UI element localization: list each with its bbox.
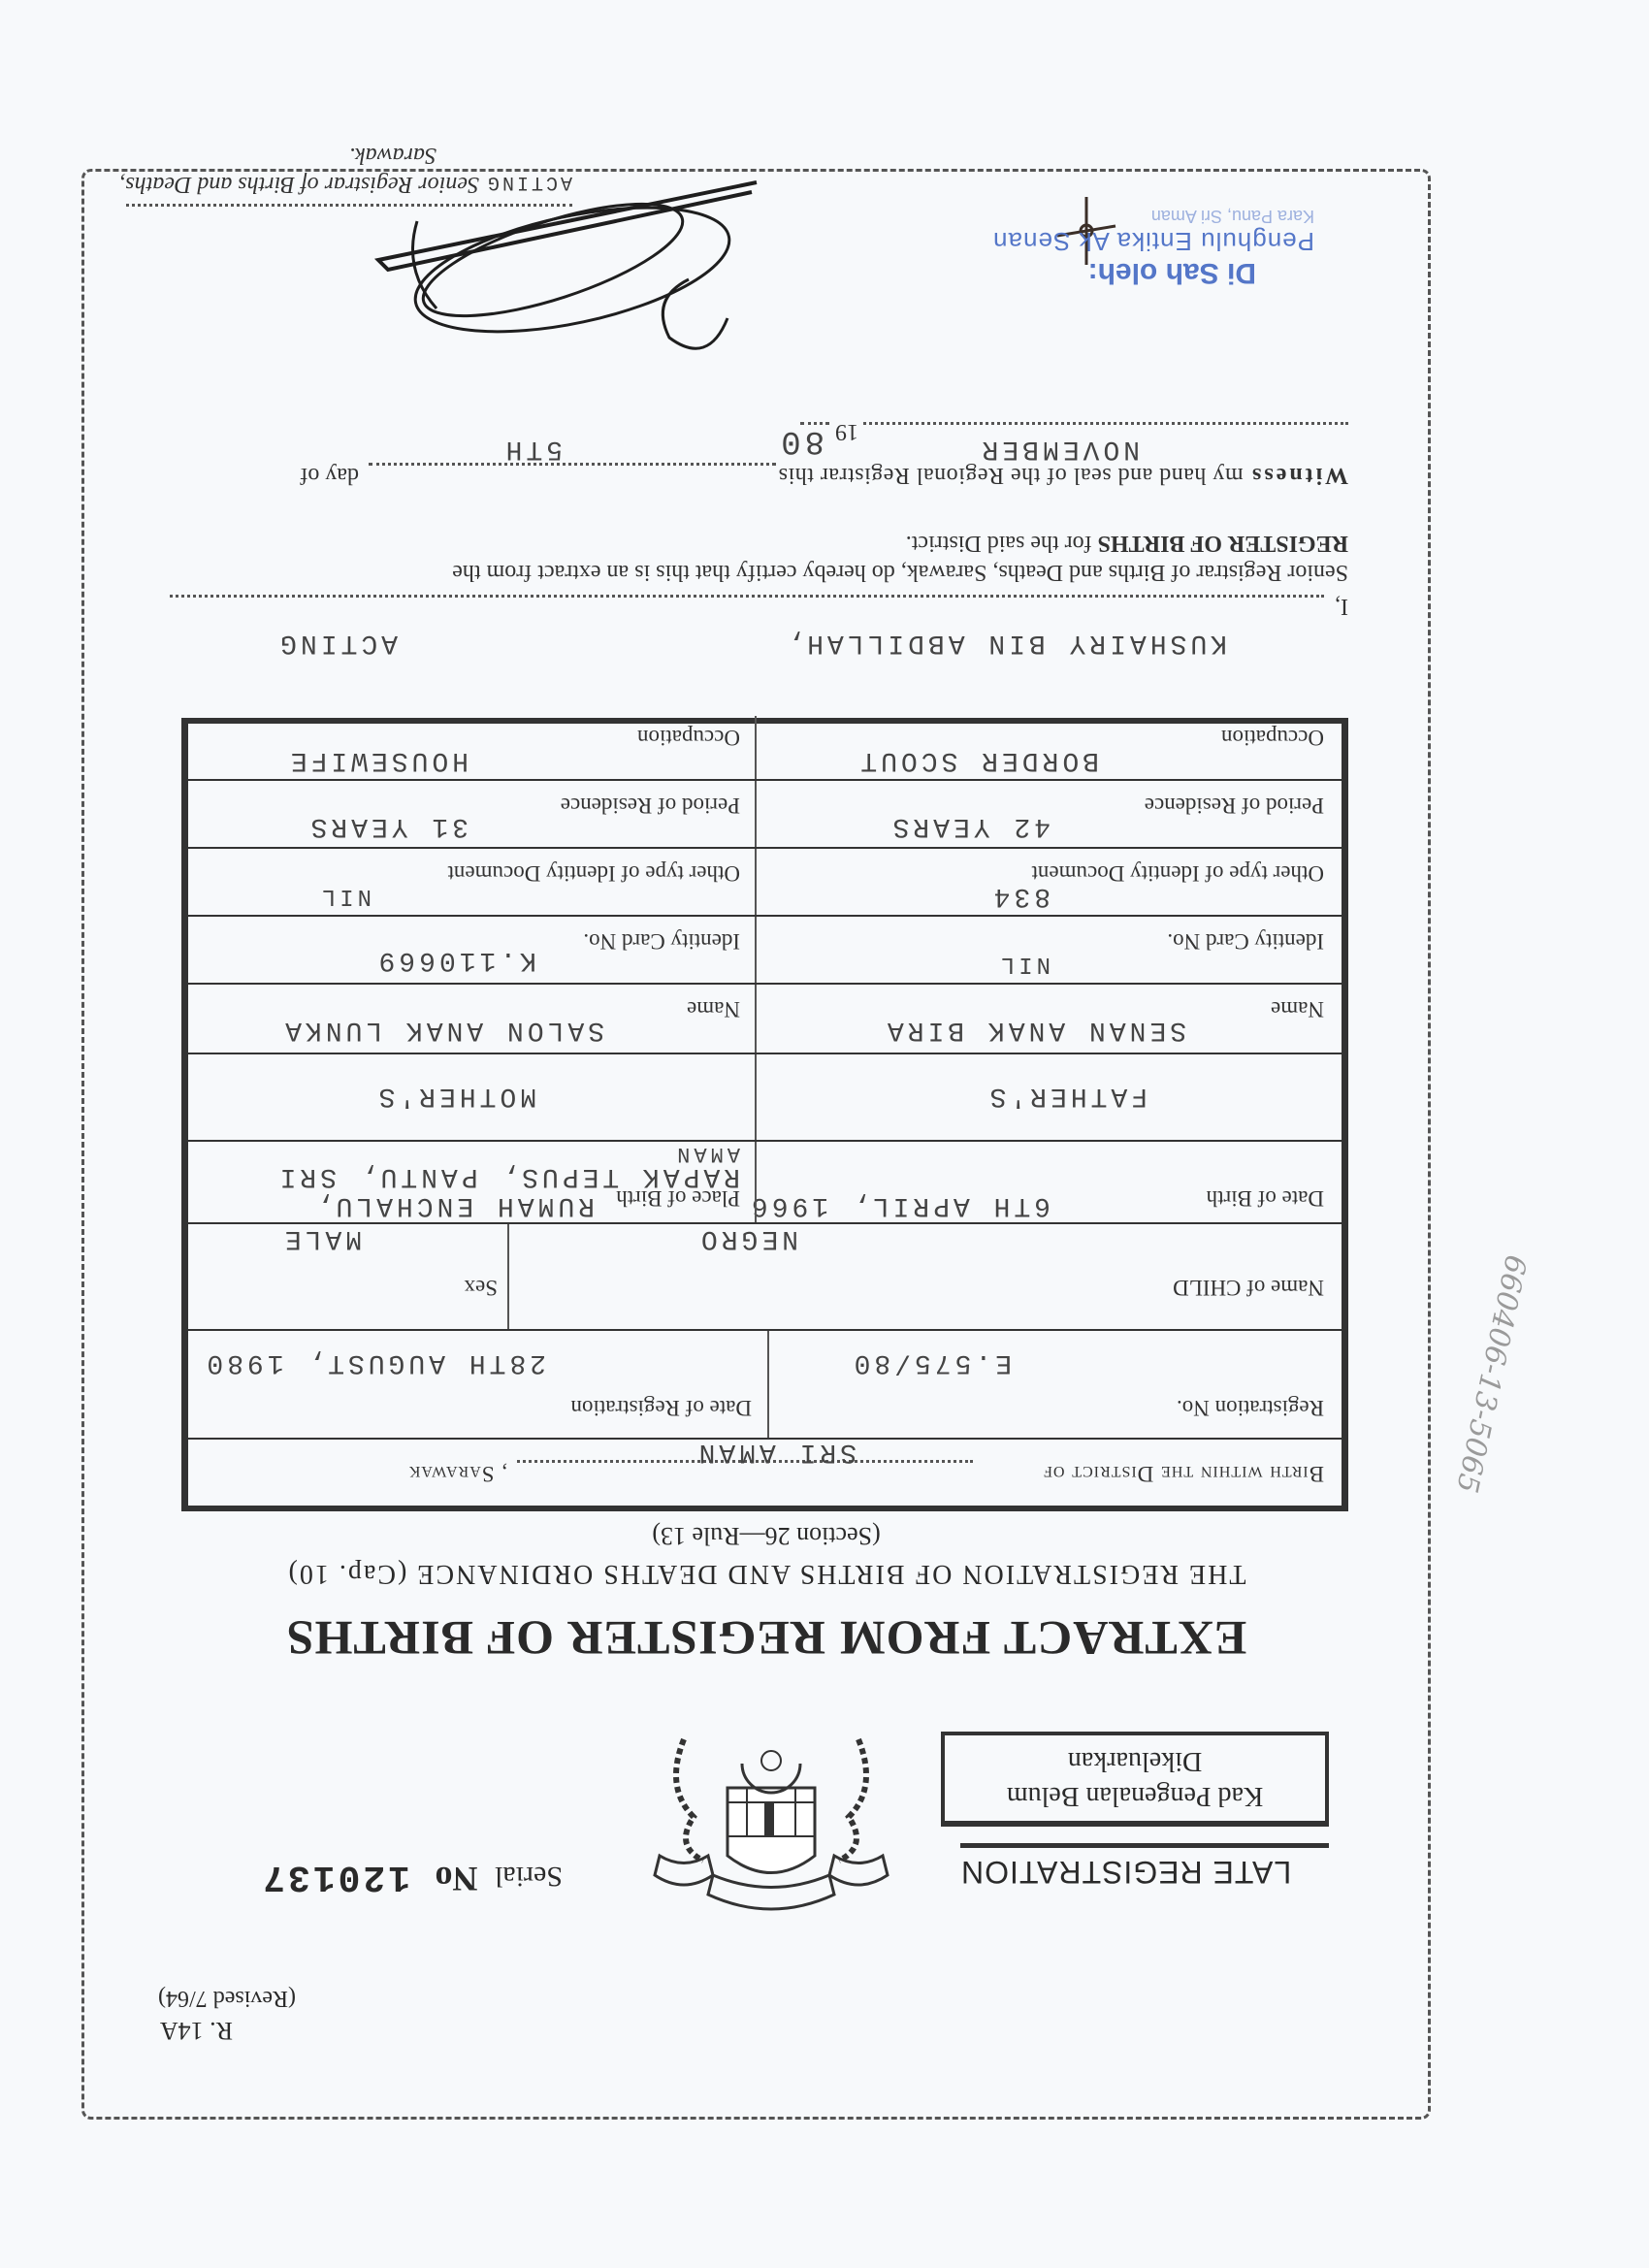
birth-certificate-page: R. 14A (Revised 7/64) LATE REGISTRATION …: [0, 0, 1649, 2268]
mother-name-value: SALON ANAK LUNKA: [281, 1015, 604, 1045]
registrar-name-dotted-line: [170, 595, 1324, 598]
father-residence-label: Period of Residence: [1145, 793, 1324, 818]
place-of-birth-line2: RAPAK TEPUS, PANTU, SRI: [276, 1161, 740, 1191]
certification-line1: Senior Registrar of Births and Deaths, S…: [155, 559, 1348, 585]
late-registration-heading: LATE REGISTRATION: [960, 1843, 1329, 1890]
date-of-birth-label: Date of Birth: [1207, 1185, 1324, 1211]
ordinance-subtitle: THE REGISTRATION OF BIRTHS AND DEATHS OR…: [252, 1558, 1280, 1589]
late-registration-label: LATE REGISTRATION: [960, 1843, 1329, 1890]
mother-residence-label: Period of Residence: [561, 793, 740, 818]
date-of-registration-label: Date of Registration: [570, 1395, 752, 1420]
stamp-line3: Kara Panu, Sri Aman: [992, 206, 1314, 226]
father-ic-value: NIL: [997, 951, 1051, 977]
mother-other-doc-label: Other type of Identity Document: [448, 860, 740, 886]
section-reference: (Section 26—Rule 13): [252, 1521, 1280, 1550]
place-of-birth-line3: AMAN: [673, 1142, 740, 1166]
birth-details-divider: [755, 1140, 757, 1222]
day-dotted-line: [369, 463, 776, 466]
register-of-births-bold: REGISTER OF BIRTHS: [1098, 531, 1348, 556]
mother-occupation-label: Occupation: [637, 725, 740, 750]
parent-residence-row: Period of Residence 42 YEARS Period of R…: [188, 779, 1342, 849]
birth-register-table: Birth within the District of SRI AMAN , …: [181, 718, 1348, 1511]
parents-divider: [755, 1053, 757, 1140]
father-heading: FATHER'S: [986, 1081, 1148, 1111]
name-of-child-value: NEGRO: [697, 1223, 798, 1253]
mother-ic-label: Identity Card No.: [583, 928, 740, 954]
acting-label: ACTING: [276, 628, 398, 658]
district-row: Birth within the District of SRI AMAN , …: [188, 1440, 1342, 1506]
mother-heading: MOTHER'S: [375, 1081, 536, 1111]
parents-heading-row: FATHER'S MOTHER'S: [188, 1053, 1342, 1142]
penghulu-stamp: Di Sah oleh: Penghulu Entika Ak Senan Ka…: [992, 206, 1314, 289]
parent-occupation-row: Occupation BORDER SCOUT Occupation HOUSE…: [188, 716, 1342, 781]
id-card-notice-box: Kad Pengenalan Belum Dikeluarkan: [941, 1732, 1329, 1827]
father-occupation-value: BORDER SCOUT: [857, 745, 1099, 775]
place-of-birth-line1: RUMAH ENCHALU,: [312, 1190, 595, 1220]
name-of-child-label: Name of CHILD: [1173, 1275, 1324, 1300]
handwritten-ic-number: 660406-13-5065: [1449, 1252, 1533, 1496]
day-value: 5TH: [502, 434, 563, 464]
serial-number-block: Serial No 120137: [260, 1856, 563, 1899]
id-card-notice-line2: Dikeluarkan: [945, 1743, 1325, 1778]
father-residence-value: 42 YEARS: [889, 811, 1051, 841]
stamp-line2: Penghulu Entika Ak Senan: [992, 226, 1314, 256]
mother-residence-value: 31 YEARS: [307, 811, 469, 841]
district-value: SRI AMAN: [695, 1437, 857, 1467]
mother-ic-value: K.110669: [375, 945, 536, 975]
birth-details-row: Date of Birth 6TH APRIL, 1966 Place of B…: [188, 1140, 1342, 1224]
column-divider: [755, 983, 757, 1053]
witness-bold: Witness: [1249, 463, 1348, 488]
serial-no-label: No: [436, 1860, 478, 1898]
certification-line1-prefix: I,: [1335, 593, 1348, 619]
sex-value: MALE: [281, 1223, 362, 1253]
document-title: EXTRACT FROM REGISTER OF BIRTHS: [267, 1610, 1266, 1667]
father-occupation-label: Occupation: [1221, 725, 1324, 750]
year-prefix: 19: [835, 418, 858, 444]
child-row: Name of CHILD NEGRO Sex MALE: [188, 1222, 1342, 1331]
date-of-birth-value: 6TH APRIL, 1966: [748, 1190, 1051, 1220]
certification-line2: REGISTER OF BIRTHS for the said District…: [906, 530, 1348, 556]
witness-text: Witness my hand and seal of the Regional…: [778, 462, 1348, 488]
registration-row: Registration No. E.575/80 Date of Regist…: [188, 1329, 1342, 1440]
witness-line: my hand and seal of the Regional Registr…: [778, 463, 1243, 488]
registrar-name: KUSHAIRY BIN ABDILLAH,: [783, 628, 1227, 658]
parent-ic-row: Identity Card No. NIL Identity Card No. …: [188, 915, 1342, 985]
father-ic-label: Identity Card No.: [1167, 928, 1324, 954]
father-name-label: Name: [1271, 996, 1324, 1021]
registration-no-label: Registration No.: [1177, 1395, 1324, 1420]
id-card-notice-line1: Kad Pengenalan Belum: [945, 1778, 1325, 1813]
column-divider: [755, 779, 757, 847]
form-code: R. 14A: [160, 2016, 233, 2045]
mother-name-label: Name: [687, 996, 740, 1021]
father-other-doc-label: Other type of Identity Document: [1032, 860, 1324, 886]
father-name-value: SENAN ANAK BIRA: [884, 1015, 1186, 1045]
registration-no-value: E.575/80: [851, 1347, 1012, 1377]
certification-line2-text: for the said District.: [906, 531, 1092, 556]
father-other-doc-value: 834: [990, 881, 1051, 911]
month-value: NOVEMBER: [979, 434, 1140, 464]
column-divider: [755, 847, 757, 915]
year-value: 80: [777, 422, 824, 459]
serial-number: 120137: [260, 1856, 410, 1897]
registration-divider: [767, 1329, 769, 1438]
mother-other-doc-value: NIL: [318, 883, 372, 909]
column-divider: [755, 915, 757, 983]
sex-divider: [507, 1222, 509, 1329]
stamp-line1: Di Sah oleh:: [992, 256, 1256, 289]
parent-other-doc-row: Other type of Identity Document 834 Othe…: [188, 847, 1342, 917]
sarawak-crest-icon: [616, 1730, 926, 1933]
month-dotted-line: [863, 422, 1348, 425]
column-divider: [755, 716, 757, 779]
parent-name-row: Name SENAN ANAK BIRA Name SALON ANAK LUN…: [188, 983, 1342, 1054]
day-of-label: day of: [300, 462, 359, 488]
handwritten-signature-icon: [359, 158, 844, 376]
district-suffix: , Sarawak: [408, 1461, 507, 1486]
sex-label: Sex: [465, 1275, 499, 1300]
mother-occupation-value: HOUSEWIFE: [287, 745, 469, 775]
serial-label: Serial: [495, 1861, 563, 1893]
district-label: Birth within the District of: [1043, 1461, 1324, 1486]
date-of-registration-value: 28TH AUGUST, 1980: [203, 1347, 546, 1377]
form-revision: (Revised 7/64): [158, 1985, 296, 2011]
